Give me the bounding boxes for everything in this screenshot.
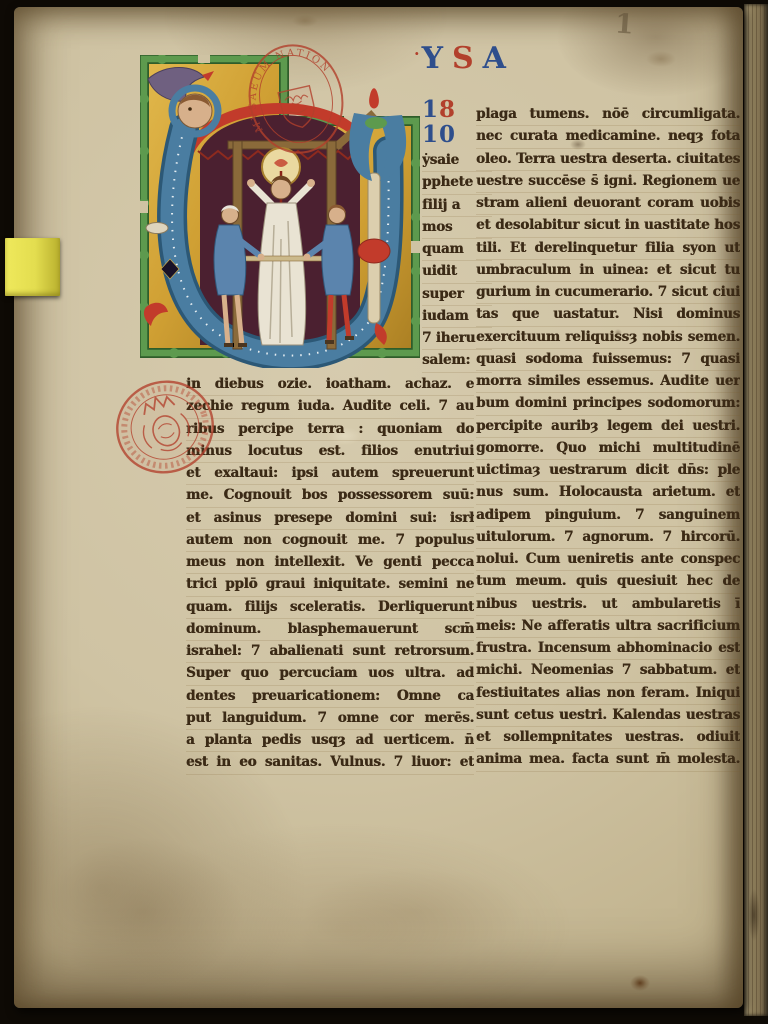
manuscript-text-line: meus non intellexit. Ve genti pecca — [186, 551, 474, 573]
chapter-digit: 8 — [439, 96, 456, 123]
chapter-mark-line: 10 — [422, 122, 456, 147]
text-column-right: plaga tumens. nōē circumligata.nec curat… — [476, 103, 740, 771]
manuscript-text-line: gurium in cucumerario. 7 sicut ciui — [476, 281, 740, 303]
manuscript-text-line: quasi sodoma fuissemus: 7 quasi go — [476, 348, 740, 370]
manuscript-text-line: me. Cognouit bos possessorem suū: — [186, 484, 474, 506]
book-fore-edge — [744, 4, 768, 1016]
manuscript-text-line: et exaltaui: ipsi autem spreuerunt — [186, 462, 474, 484]
red-bud — [369, 88, 379, 108]
foot — [238, 343, 247, 347]
manuscript-text-line: nec curata medicamine. neqȝ fota — [476, 125, 740, 147]
title-letter: A — [483, 41, 515, 76]
stamp-shield — [278, 86, 318, 131]
manuscript-text-line: nolui. Cum ueniretis ante conspec — [476, 548, 740, 570]
fore-edge-shadow — [746, 880, 762, 950]
manuscript-text-line: tas que uastatur. Nisi dominus — [476, 303, 740, 325]
executioner-right-hand — [304, 254, 311, 261]
chapter-mark-line: 18 — [422, 97, 456, 122]
chapter-digit: 1 — [422, 96, 439, 123]
executioner-left-hand — [258, 254, 265, 261]
folio-number: 1 — [614, 8, 635, 40]
stain — [646, 51, 676, 67]
saw-blade — [240, 256, 332, 261]
manuscript-text-line: uitulorum. 7 agnorum. 7 hircorū. — [476, 526, 740, 548]
manuscript-text-line: dentes preuaricationem: Omne ca — [186, 685, 474, 707]
prophet-hand — [247, 179, 255, 187]
manuscript-text-line: et asinus presepe domini sui: isrł — [186, 507, 474, 529]
manuscript-photo: ·YSA 1 — [0, 0, 768, 1024]
manuscript-text-line: tili. Et derelinquetur filia syon ut — [476, 237, 740, 259]
chapter-digit: 0 — [439, 121, 456, 148]
manuscript-text-line: quam. filijs sceleratis. Derliquerunt — [186, 596, 474, 618]
manuscript-text-line: exercituum reliquissȝ nobis semen. — [476, 326, 740, 348]
brown-spot — [630, 975, 650, 991]
medallion-eye — [188, 107, 192, 111]
manuscript-text-line: festiuitates alias non feram. Iniqui — [476, 682, 740, 704]
manuscript-text-line: autem non cognouit me. 7 populus — [186, 529, 474, 551]
manuscript-text-line: uestre succēse s̄ igni. Regionem ue — [476, 170, 740, 192]
manuscript-text-line: et sollempnitates uestras. odiuit — [476, 726, 740, 748]
discoloration — [304, 867, 524, 957]
manuscript-text-line: anima mea. facta sunt m̄ molesta. — [476, 748, 740, 770]
running-title: ·YSA — [414, 41, 515, 76]
manuscript-text-line: ribus percipe terra : quoniam do — [186, 418, 474, 440]
manuscript-text-line: umbraculum in uinea: et sicut tu — [476, 259, 740, 281]
manuscript-text-line: nibus uestris. ut ambularetis ī atrijs — [476, 593, 740, 615]
manuscript-text-line: stram alieni deuorant coram uobis — [476, 192, 740, 214]
manuscript-text-line: put languidum. 7 omne cor merēs. — [186, 707, 474, 729]
ornament-red-knot — [358, 239, 390, 263]
manuscript-text-line: est in eo sanitas. Vulnus. 7 liuor: et — [186, 751, 474, 773]
stain — [292, 15, 318, 27]
executioner-right-tunic — [322, 225, 353, 295]
manuscript-text-line: oleo. Terra uestra deserta. ciuitates — [476, 148, 740, 170]
round-armorial-stamp — [102, 375, 228, 479]
oval-library-stamp: MVSAEUM NATION — [235, 40, 357, 158]
manuscript-text-line: morra similes essemus. Audite uer — [476, 370, 740, 392]
manuscript-text-line: meis: Ne afferatis ultra sacrificium — [476, 615, 740, 637]
prophet-robe — [258, 203, 306, 345]
parchment-page: ·YSA 1 — [14, 7, 743, 1008]
foot — [325, 340, 334, 344]
foot — [224, 343, 233, 347]
manuscript-text-line: uictimaȝ uestrarum dicit dn̄s: ple — [476, 459, 740, 481]
manuscript-text-line: israhel: 7 abalienati sunt retrorsum. — [186, 640, 474, 662]
manuscript-text-line: plaga tumens. nōē circumligata. — [476, 103, 740, 125]
chapter-marks: 18 10 — [422, 97, 456, 147]
title-letter: Y — [422, 41, 452, 76]
prophet-hand — [307, 179, 315, 187]
manuscript-text-line: sunt cetus uestri. Kalendas uestras — [476, 704, 740, 726]
manuscript-text-line: adipem pinguium. 7 sanguinem — [476, 504, 740, 526]
green-calyx — [365, 117, 387, 129]
manuscript-text-line: et desolabitur sicut in uastitate hos — [476, 214, 740, 236]
rubric-dot: · — [414, 44, 422, 63]
manuscript-text-line: trici pplō graui iniquitate. semini ne — [186, 573, 474, 595]
white-beast-icon — [146, 223, 168, 234]
foot — [345, 336, 354, 340]
manuscript-text-line: bum domini principes sodomorum: — [476, 392, 740, 414]
title-letter: S — [452, 41, 483, 76]
manuscript-text-line: nus sum. Holocausta arietum. et — [476, 481, 740, 503]
manuscript-text-line: frustra. Incensum abhominacio est — [476, 637, 740, 659]
manuscript-text-line: minus locutus est. filios enutriui — [186, 440, 474, 462]
chapter-digit: 1 — [422, 121, 439, 148]
yellow-bookmark-tab — [5, 238, 60, 296]
manuscript-text-line: tum meum. quis quesiuit hec de ma — [476, 570, 740, 592]
manuscript-text-line: gomorre. Quo michi multitudinē — [476, 437, 740, 459]
manuscript-text-line: Super quo percuciam uos ultra. ad — [186, 662, 474, 684]
executioner-left-tunic — [214, 225, 246, 295]
manuscript-text-line: percipite auribȝ legem dei uestri. ppl̄s — [476, 415, 740, 437]
text-column-left: in diebus ozie. ioatham. achaz. ezechie … — [186, 373, 474, 774]
manuscript-text-line: michi. Neomenias 7 sabbatum. et — [476, 659, 740, 681]
manuscript-text-line: zechie regum iuda. Audite celi. 7 au — [186, 395, 474, 417]
manuscript-text-line: a planta pedis usqȝ ad uerticem. n̄ — [186, 729, 474, 751]
discoloration — [44, 837, 244, 987]
manuscript-text-line: in diebus ozie. ioatham. achaz. e — [186, 373, 474, 395]
manuscript-text-line: dominum. blasphemauerunt scm̄ — [186, 618, 474, 640]
